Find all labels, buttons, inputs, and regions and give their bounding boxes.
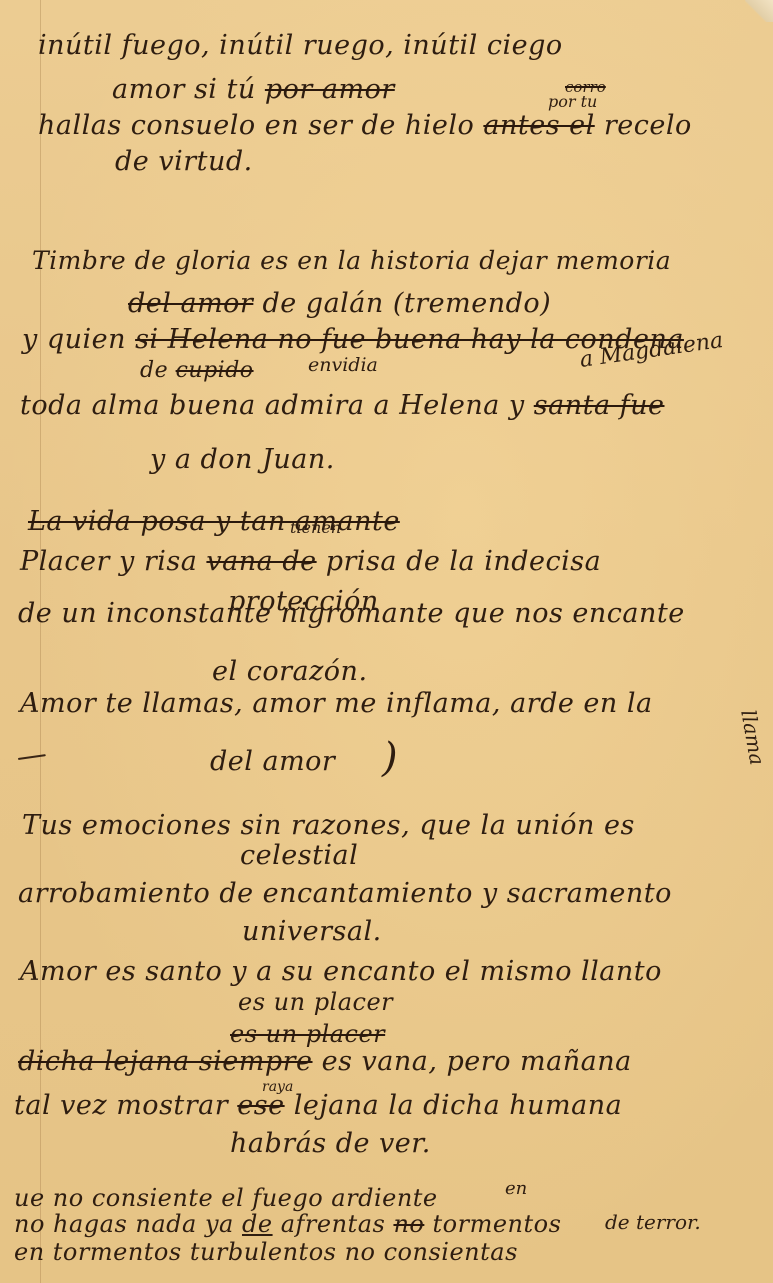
line-7-text: y quien bbox=[22, 324, 126, 355]
line-28-afrentas: afrentas bbox=[281, 1210, 386, 1238]
line-8-struck: cupido bbox=[176, 358, 254, 383]
line-8-insert: envidia bbox=[308, 356, 378, 375]
line-29-insert: de terror. bbox=[605, 1212, 701, 1232]
line-6-struck: del amor bbox=[128, 288, 253, 319]
line-11-struck: La vida posa y tan amante bbox=[28, 508, 400, 535]
line-12-text: Placer y risa bbox=[20, 546, 197, 577]
paper-corner-curl bbox=[745, 0, 773, 22]
line-2-text: amor si tú bbox=[112, 74, 256, 105]
line-25-tail: lejana la dicha humana bbox=[294, 1090, 623, 1121]
line-2: amor si tú por amor bbox=[112, 76, 395, 103]
line-15-margin: llama bbox=[738, 708, 767, 766]
line-9: toda alma buena admira a Helena y santa … bbox=[20, 392, 664, 419]
line-3-tail: recelo bbox=[604, 110, 692, 141]
manuscript-page: inútil fuego, inútil ruego, inútil ciego… bbox=[0, 0, 773, 1283]
line-25: tal vez mostrar ese lejana la dicha huma… bbox=[14, 1092, 622, 1119]
line-8-text: de bbox=[140, 358, 168, 383]
line-27: ue no consiente el fuego ardiente bbox=[14, 1186, 438, 1210]
line-28-underlined: de bbox=[242, 1210, 273, 1238]
line-26: habrás de ver. bbox=[230, 1130, 431, 1157]
line-13: de un inconstante nigromante que nos enc… bbox=[18, 600, 685, 627]
line-20: universal. bbox=[242, 918, 382, 945]
line-12-tail: prisa de la indecisa bbox=[326, 546, 602, 577]
line-19: arrobamiento de encantamiento y sacramen… bbox=[18, 880, 672, 907]
line-25-text: tal vez mostrar bbox=[14, 1090, 228, 1121]
line-12: Placer y risa vana de prisa de la indeci… bbox=[20, 548, 601, 575]
closing-paren: ) bbox=[382, 738, 398, 778]
line-4: de virtud. bbox=[115, 148, 253, 175]
line-28-insert: en bbox=[505, 1180, 527, 1198]
line-28-text: no hagas nada ya bbox=[14, 1210, 234, 1238]
line-24-text: es vana, pero mañana bbox=[322, 1046, 632, 1077]
line-17: Tus emociones sin razones, que la unión … bbox=[22, 812, 635, 839]
line-18: celestial bbox=[240, 842, 358, 869]
line-12-struck: vana de bbox=[206, 546, 316, 577]
line-5: Timbre de gloria es en la historia dejar… bbox=[32, 248, 671, 273]
line-16: del amor bbox=[210, 748, 335, 775]
line-24-struck: dicha lejana siempre bbox=[18, 1046, 313, 1077]
line-30: en tormentos turbulentos no consientas bbox=[14, 1240, 518, 1264]
line-14: el corazón. bbox=[212, 658, 368, 685]
line-23-struck: es un placer bbox=[230, 1022, 385, 1046]
line-9-text: toda alma buena admira a Helena y bbox=[20, 390, 525, 421]
line-3: hallas consuelo en ser de hielo antes el… bbox=[38, 112, 692, 139]
line-6: del amor de galán (tremendo) bbox=[128, 290, 551, 317]
line-1: inútil fuego, inútil ruego, inútil ciego bbox=[38, 32, 563, 59]
line-10: y a don Juan. bbox=[150, 446, 335, 473]
line-8: de cupido bbox=[140, 360, 254, 382]
margin-dash bbox=[18, 754, 46, 760]
line-28-struck: no bbox=[393, 1210, 424, 1238]
line-24: dicha lejana siempre es vana, pero mañan… bbox=[18, 1048, 632, 1075]
line-22-insert: es un placer bbox=[238, 990, 393, 1014]
line-3-struck: antes el bbox=[483, 110, 594, 141]
line-6-text: de galán (tremendo) bbox=[262, 288, 551, 319]
line-15: Amor te llamas, amor me inflama, arde en… bbox=[20, 690, 653, 717]
line-25-struck: ese bbox=[237, 1090, 284, 1121]
line-11-insert: tienen bbox=[290, 520, 341, 536]
line-2-struck: por amor bbox=[265, 74, 395, 105]
line-28: no hagas nada ya de afrentas no tormento… bbox=[14, 1212, 561, 1236]
line-21: Amor es santo y a su encanto el mismo ll… bbox=[20, 958, 662, 985]
line-15-text: Amor te llamas, amor me inflama, arde en… bbox=[20, 688, 653, 719]
line-3-insert: por tu bbox=[548, 94, 597, 110]
line-9-struck: santa fue bbox=[534, 390, 665, 421]
line-3-text: hallas consuelo en ser de hielo bbox=[38, 110, 474, 141]
line-28-tail: tormentos bbox=[433, 1210, 562, 1238]
